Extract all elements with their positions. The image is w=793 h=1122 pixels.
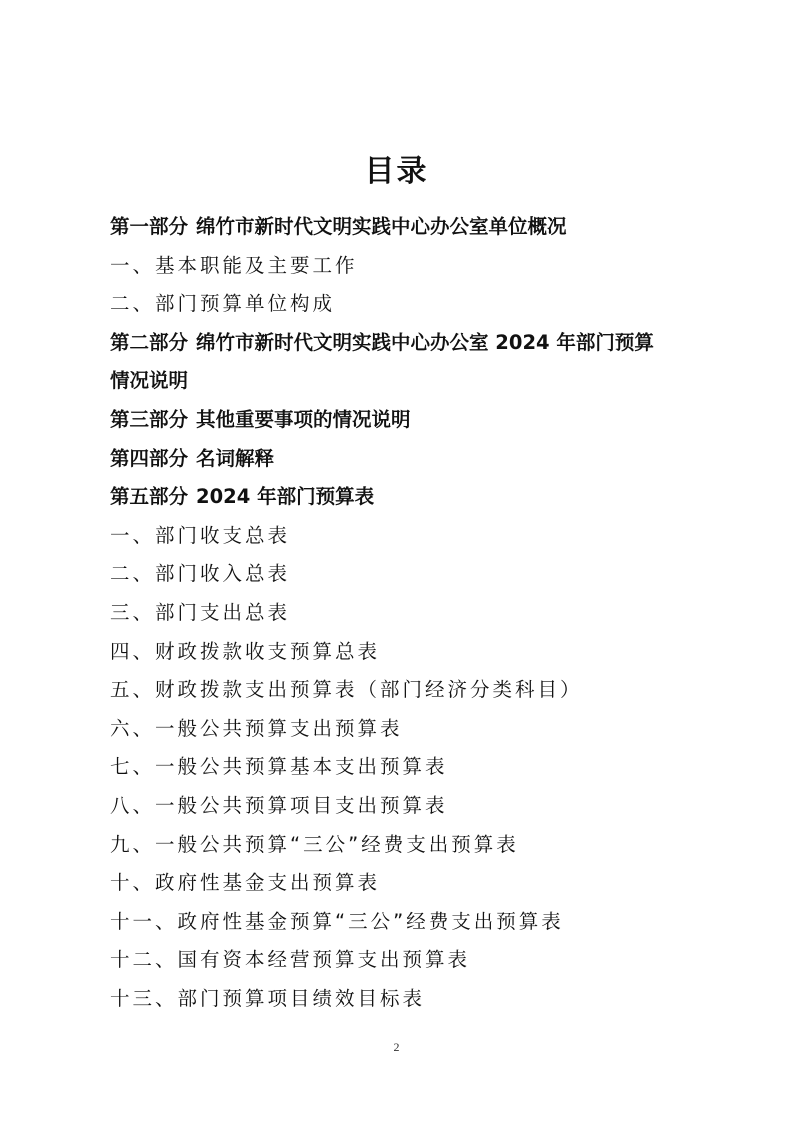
toc-entry[interactable]: 四、财政拨款收支预算总表 — [110, 633, 730, 672]
toc-entry[interactable]: 五、财政拨款支出预算表（部门经济分类科目） — [110, 671, 730, 710]
toc-text: 部门预算项目绩效目标表 — [178, 987, 426, 1010]
toc-text: 财政拨款支出预算表（部门经济分类科目） — [155, 678, 583, 701]
toc-text: 2024 年部门预算表 — [196, 485, 374, 508]
toc-entry[interactable]: 十一、政府性基金预算“三公”经费支出预算表 — [110, 903, 730, 942]
toc-entry[interactable]: 九、一般公共预算“三公”经费支出预算表 — [110, 826, 730, 865]
table-of-contents: 第一部分绵竹市新时代文明实践中心办公室单位概况 一、基本职能及主要工作 二、部门… — [110, 208, 730, 1018]
toc-text: 一般公共预算支出预算表 — [155, 717, 403, 740]
toc-label: 一、 — [110, 254, 155, 277]
toc-text: 其他重要事项的情况说明 — [196, 408, 411, 431]
toc-entry[interactable]: 八、一般公共预算项目支出预算表 — [110, 787, 730, 826]
toc-label: 七、 — [110, 755, 155, 778]
toc-text: 一般公共预算“三公”经费支出预算表 — [155, 833, 519, 856]
toc-label: 九、 — [110, 833, 155, 856]
toc-text: 名词解释 — [196, 447, 274, 470]
toc-text: 基本职能及主要工作 — [155, 254, 358, 277]
toc-text: 一般公共预算项目支出预算表 — [155, 794, 448, 817]
document-page: 目录 第一部分绵竹市新时代文明实践中心办公室单位概况 一、基本职能及主要工作 二… — [0, 0, 793, 1122]
toc-text: 情况说明 — [110, 369, 188, 392]
toc-label: 八、 — [110, 794, 155, 817]
toc-label: 十、 — [110, 871, 155, 894]
toc-entry[interactable]: 十、政府性基金支出预算表 — [110, 864, 730, 903]
toc-label: 六、 — [110, 717, 155, 740]
toc-text: 部门收支总表 — [155, 524, 290, 547]
toc-entry[interactable]: 七、一般公共预算基本支出预算表 — [110, 748, 730, 787]
toc-text: 绵竹市新时代文明实践中心办公室单位概况 — [196, 215, 567, 238]
toc-label: 二、 — [110, 562, 155, 585]
toc-text: 部门预算单位构成 — [155, 292, 335, 315]
toc-label: 十三、 — [110, 987, 178, 1010]
toc-label: 十一、 — [110, 910, 178, 933]
toc-text: 政府性基金预算“三公”经费支出预算表 — [178, 910, 564, 933]
toc-text: 政府性基金支出预算表 — [155, 871, 380, 894]
toc-entry-part-2[interactable]: 第二部分绵竹市新时代文明实践中心办公室 2024 年部门预算 — [110, 324, 730, 363]
toc-entry-part-2-continued[interactable]: 情况说明 — [110, 362, 730, 401]
toc-label: 第四部分 — [110, 447, 188, 470]
toc-text: 财政拨款收支预算总表 — [155, 640, 380, 663]
toc-entry-part-4[interactable]: 第四部分名词解释 — [110, 440, 730, 479]
toc-label: 第二部分 — [110, 331, 188, 354]
toc-label: 第一部分 — [110, 215, 188, 238]
toc-label: 第三部分 — [110, 408, 188, 431]
toc-text: 国有资本经营预算支出预算表 — [178, 948, 471, 971]
toc-entry[interactable]: 一、部门收支总表 — [110, 517, 730, 556]
toc-entry[interactable]: 一、基本职能及主要工作 — [110, 247, 730, 286]
toc-label: 一、 — [110, 524, 155, 547]
toc-entry[interactable]: 十三、部门预算项目绩效目标表 — [110, 980, 730, 1019]
toc-label: 三、 — [110, 601, 155, 624]
toc-entry[interactable]: 二、部门收入总表 — [110, 555, 730, 594]
toc-entry[interactable]: 二、部门预算单位构成 — [110, 285, 730, 324]
toc-label: 十二、 — [110, 948, 178, 971]
toc-label: 五、 — [110, 678, 155, 701]
toc-label: 四、 — [110, 640, 155, 663]
toc-text: 绵竹市新时代文明实践中心办公室 2024 年部门预算 — [196, 331, 654, 354]
toc-entry-part-5[interactable]: 第五部分2024 年部门预算表 — [110, 478, 730, 517]
toc-entry-part-1[interactable]: 第一部分绵竹市新时代文明实践中心办公室单位概况 — [110, 208, 730, 247]
page-title: 目录 — [0, 150, 793, 194]
toc-text: 一般公共预算基本支出预算表 — [155, 755, 448, 778]
toc-entry-part-3[interactable]: 第三部分其他重要事项的情况说明 — [110, 401, 730, 440]
toc-entry[interactable]: 十二、国有资本经营预算支出预算表 — [110, 941, 730, 980]
toc-entry[interactable]: 六、一般公共预算支出预算表 — [110, 710, 730, 749]
toc-label: 第五部分 — [110, 485, 188, 508]
toc-text: 部门收入总表 — [155, 562, 290, 585]
toc-text: 部门支出总表 — [155, 601, 290, 624]
toc-label: 二、 — [110, 292, 155, 315]
toc-entry[interactable]: 三、部门支出总表 — [110, 594, 730, 633]
page-number: 2 — [0, 1040, 793, 1055]
